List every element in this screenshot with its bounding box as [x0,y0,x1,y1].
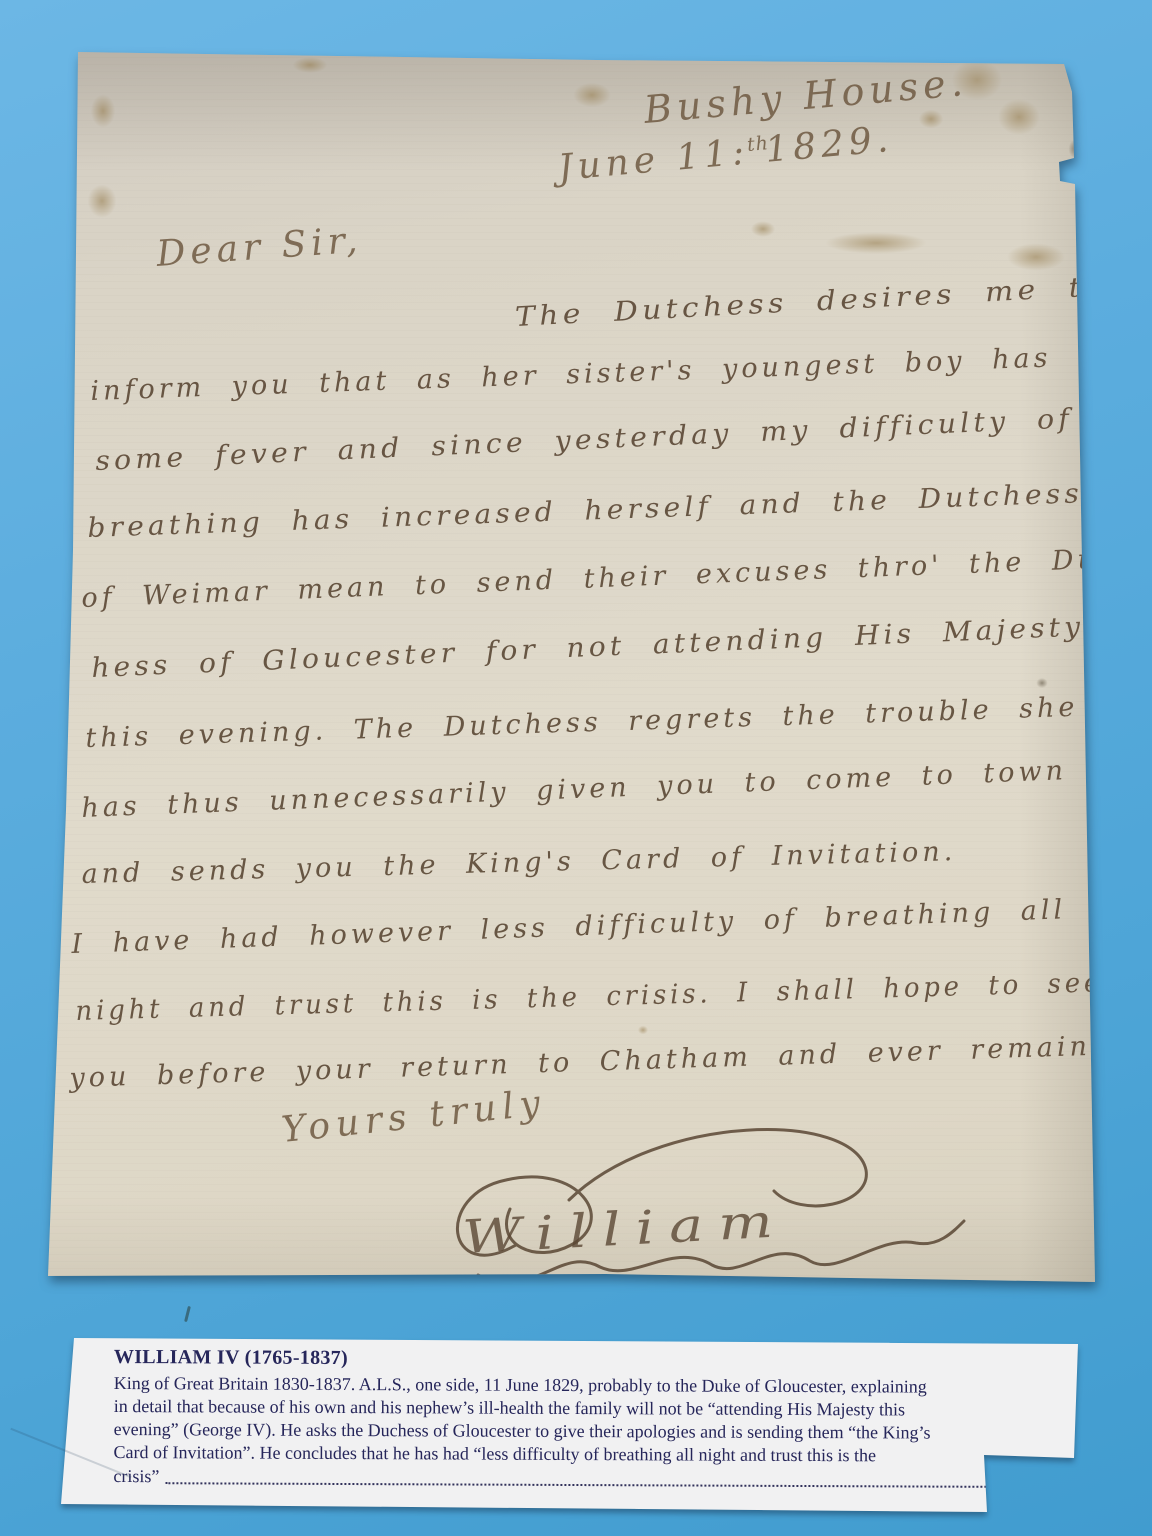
dotted-leader [165,1464,1014,1488]
foxing-stain [996,238,1076,276]
letter-date-superscript: th [746,132,770,156]
caption-label-wrap: WILLIAM IV (1765-1837) King of Great Bri… [58,1334,1080,1516]
right-edge-shading [1020,50,1098,1286]
foxing-stain [286,54,334,76]
foxing-stain [990,92,1048,142]
caption-title: WILLIAM IV (1765-1837) [114,1346,1019,1373]
foxing-stain [1034,676,1050,690]
caption-content: WILLIAM IV (1765-1837) King of Great Bri… [113,1346,1019,1492]
caption-line-text: crisis” [113,1465,159,1488]
foxing-stain [150,1292,206,1316]
photo-scene: Bushy House. June 11: 1829. th Dear Sir,… [0,0,1152,1536]
stray-fiber [184,1306,191,1322]
foxing-stain [636,1024,650,1036]
caption-last-line: crisis” [113,1464,1018,1492]
foxing-stain [566,78,618,112]
foxing-stain [914,106,948,132]
caption-label: WILLIAM IV (1765-1837) King of Great Bri… [58,1334,1080,1516]
foxing-stain [196,1280,248,1316]
letter-paper: Bushy House. June 11: 1829. th Dear Sir,… [46,50,1098,1286]
foxing-stain [1066,136,1084,162]
foxing-stain [806,228,946,258]
foxing-stain [86,88,120,134]
letter-paper-wrap: Bushy House. June 11: 1829. th Dear Sir,… [46,50,1098,1286]
foxing-stain [746,218,780,240]
foxing-stain [82,178,122,224]
